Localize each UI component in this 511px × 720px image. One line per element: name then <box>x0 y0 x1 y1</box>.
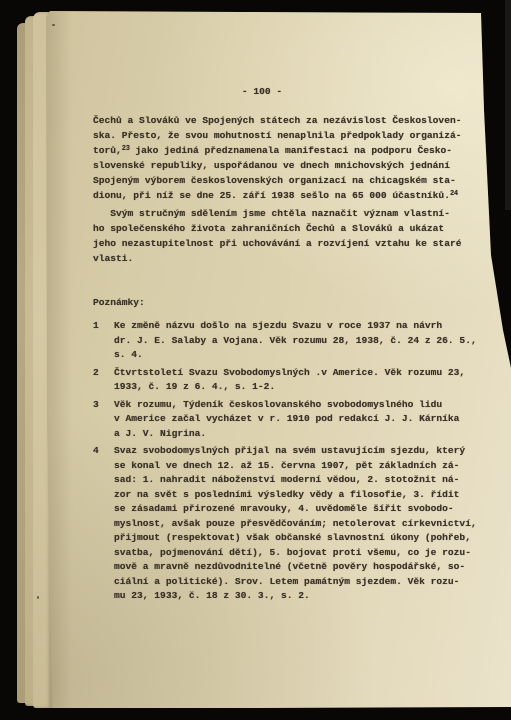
text-line: Spojeným výborem československých organi… <box>93 173 473 188</box>
footnote-text: Ke změně názvu došlo na sjezdu Svazu v r… <box>114 319 477 363</box>
text-line: 1933, č. 19 z 6. 4., s. 1-2. <box>114 380 475 395</box>
text-line: vlasti. <box>93 251 473 266</box>
body-paragraph: Čechů a Slováků ve Spojených státech za … <box>93 113 473 203</box>
notes-heading: Poznámky: <box>93 297 145 309</box>
text-line: jeho nezastupitelnost při uchovávání a r… <box>93 236 473 251</box>
text-line: ciální a politické). Srov. Letem památný… <box>114 575 477 590</box>
footnote-marker: 23 <box>122 145 130 153</box>
notes-list: 1Ke změně názvu došlo na sjezdu Svazu v … <box>93 319 475 607</box>
text-line: dionu, při níž se dne 25. září 1938 sešl… <box>93 188 473 203</box>
text-line: ho společenského života zahraničních Čec… <box>93 221 473 236</box>
text-line: ska. Přesto, že svou mohutností nenaplni… <box>93 128 473 143</box>
footnote-text: Věk rozumu, Týdeník českoslovanského svo… <box>114 398 475 442</box>
text-line: v Americe začal vycházet v r. 1910 pod r… <box>114 412 475 427</box>
photo-background: - 100 - Čechů a Slováků ve Spojených stá… <box>0 0 511 720</box>
footnote-number: 1 <box>93 319 114 363</box>
text-line: dr. J. E. Salaby a Vojana. Věk rozumu 28… <box>114 334 477 349</box>
paper-speck <box>52 24 55 26</box>
text-line: a J. V. Nigrina. <box>114 427 475 442</box>
scan-edge-shadow <box>505 0 511 210</box>
page-number: - 100 - <box>76 86 448 97</box>
text-line: svatba, pojmenování dětí), 5. bojovat pr… <box>114 546 477 561</box>
text-line: mově a mravně nezdůvodnitelné (včetně po… <box>114 560 477 575</box>
body-paragraph: Svým stručným sdělením jsme chtěla nazna… <box>93 206 473 266</box>
text-line: Věk rozumu, Týdeník českoslovanského svo… <box>114 398 475 413</box>
text-line: mu 23, 1933, č. 18 z 30. 3., s. 2. <box>114 589 477 604</box>
footnote-item: 1Ke změně názvu došlo na sjezdu Svazu v … <box>93 319 475 363</box>
footnote-item: 2Čtvrtstoletí Svazu Svobodomyslných .v A… <box>93 366 475 395</box>
text-line: Ke změně názvu došlo na sjezdu Svazu v r… <box>114 319 477 334</box>
footnote-text: Čtvrtstoletí Svazu Svobodomyslných .v Am… <box>114 366 475 395</box>
text-line: Čtvrtstoletí Svazu Svobodomyslných .v Am… <box>114 366 475 381</box>
footnote-item: 4Svaz svobodomyslných přijal na svém ust… <box>93 444 475 604</box>
paper-speck <box>37 596 39 599</box>
text-line: s. 4. <box>114 348 477 363</box>
text-line: se konal ve dnech 12. až 15. června 1907… <box>114 459 477 474</box>
text-line: torů,23 jako jediná předznamenala manife… <box>93 143 473 158</box>
footnote-marker: 24 <box>450 190 458 198</box>
footnote-text: Svaz svobodomyslných přijal na svém usta… <box>114 444 477 604</box>
text-line: Čechů a Slováků ve Spojených státech za … <box>93 113 473 128</box>
text-line: slovenské republiky, uspořádanou ve dnec… <box>93 158 473 173</box>
footnote-number: 4 <box>93 444 114 604</box>
text-line: myslnost, avšak pouze přesvědčováním; ne… <box>114 517 477 532</box>
text-line: Svým stručným sdělením jsme chtěla nazna… <box>93 206 473 221</box>
footnote-number: 2 <box>93 366 114 395</box>
text-line: přijmout (respektovat) však občanské sla… <box>114 531 477 546</box>
text-line: sad: 1. nahradit náboženství moderní věd… <box>114 473 477 488</box>
footnote-item: 3Věk rozumu, Týdeník českoslovanského sv… <box>93 398 475 442</box>
text-line: zor na svět s posledními výsledky vědy a… <box>114 488 477 503</box>
footnote-number: 3 <box>93 398 114 442</box>
text-line: Svaz svobodomyslných přijal na svém usta… <box>114 444 477 459</box>
text-line: se zásadami přirozené mravouky, 4. uvědo… <box>114 502 477 517</box>
